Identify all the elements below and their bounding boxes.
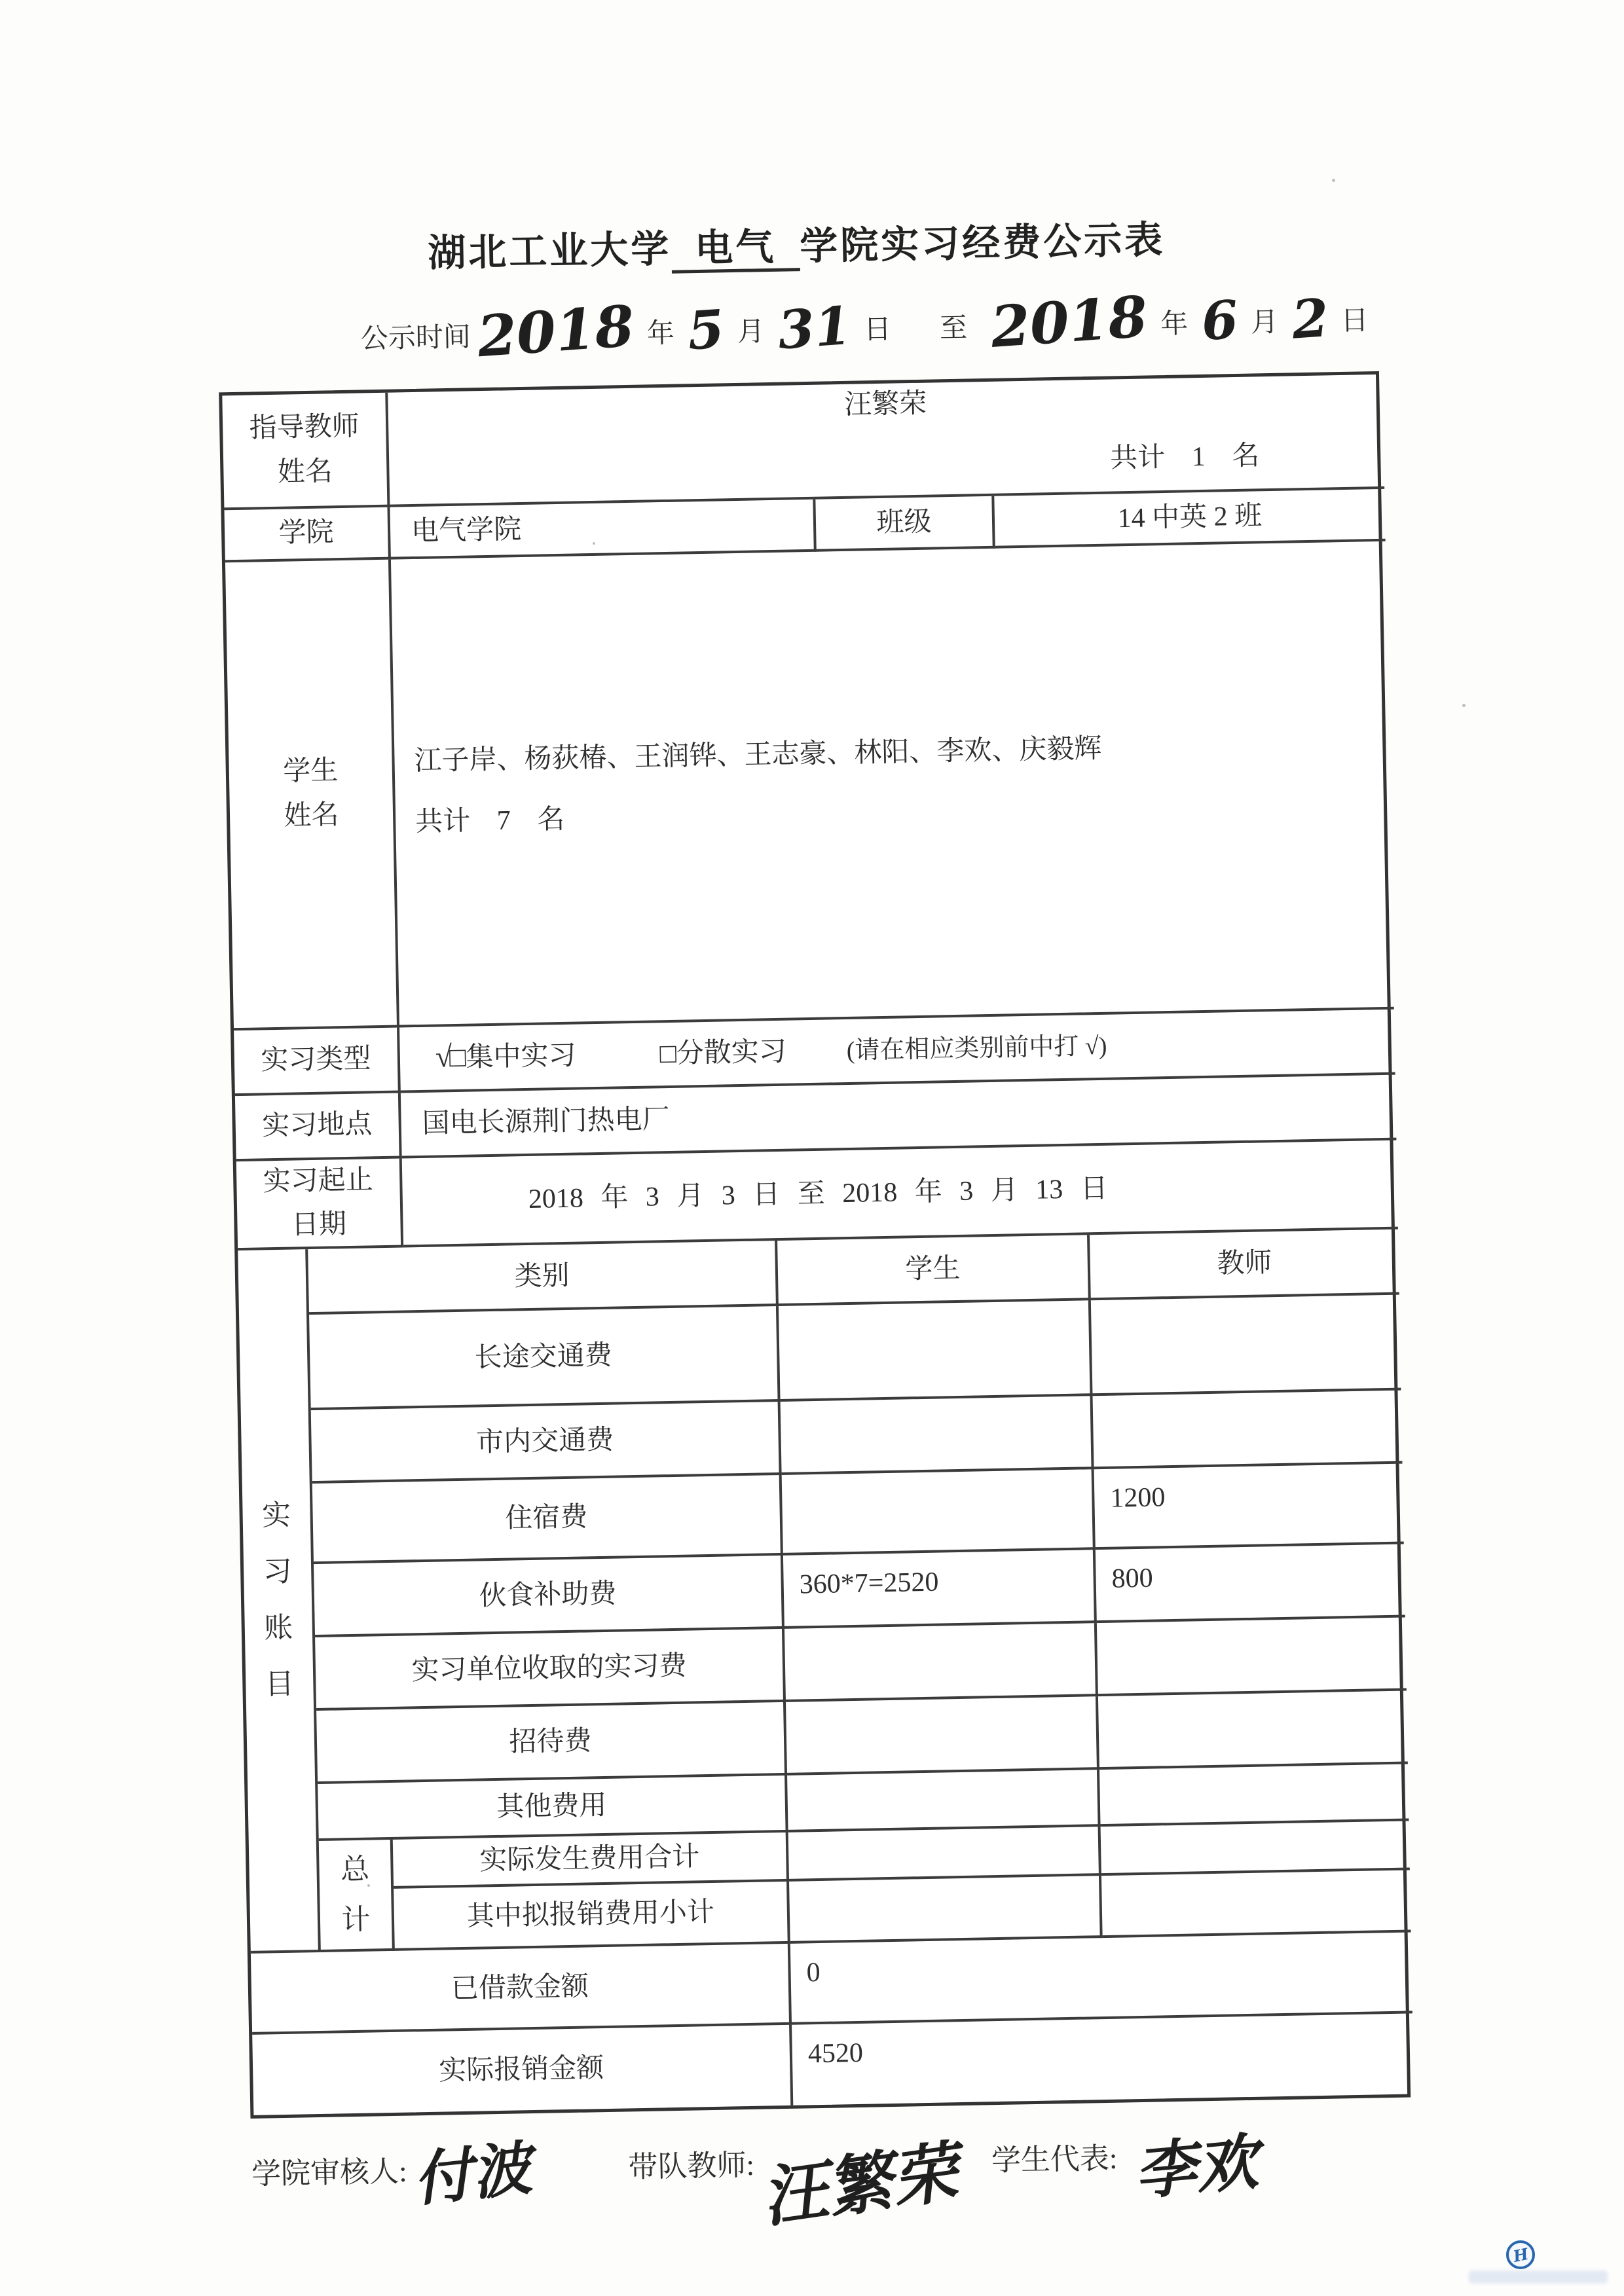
expense-student-value xyxy=(782,1469,1096,1556)
scan-speck xyxy=(593,542,595,545)
class-value: 14 中英 2 班 xyxy=(1117,496,1263,539)
title-prefix: 湖北工业大学 xyxy=(428,228,672,275)
type-label: 实习类型 xyxy=(261,1038,371,1084)
form-sheet: 湖北工业大学电气学院实习经费公示表 公示时间 2018 年 5 月 31 日 至… xyxy=(215,183,1412,2206)
header-teacher: 教师 xyxy=(1217,1243,1272,1285)
type-label-cell: 实习类型 xyxy=(234,1028,401,1097)
month-unit: 月 xyxy=(1250,301,1278,340)
expense-category: 招待费 xyxy=(316,1702,787,1784)
students-label-line2: 姓名 xyxy=(284,793,339,839)
students-label-cell: 学生 姓名 xyxy=(225,560,399,1031)
type-note: (请在相应类别前中打 √) xyxy=(846,1027,1107,1069)
class-label: 班级 xyxy=(876,501,932,544)
supervisor-label-line2: 姓名 xyxy=(277,450,333,495)
reimbursed-label-cell: 实际报销金额 xyxy=(252,2025,793,2115)
publicity-time-line: 公示时间 2018 年 5 月 31 日 至 2018 年 6 月 2 日 xyxy=(360,282,1379,373)
watermark-smudge xyxy=(1469,2270,1608,2284)
borrowed-value-cell: 0 xyxy=(790,1932,1412,2024)
header-category: 类别 xyxy=(514,1255,570,1298)
students-count: 共计 7 名 xyxy=(415,799,565,843)
handwritten-reviewer-signature: 付波 xyxy=(410,2139,533,2210)
handwritten-end-month: 6 xyxy=(1200,293,1240,348)
students-label-line1: 学生 xyxy=(283,749,339,794)
expense-category: 实习单位收取的实习费 xyxy=(315,1629,786,1711)
total-label-cell: 总计 xyxy=(319,1840,395,1952)
duration-label-line1: 实习起止 xyxy=(263,1158,373,1204)
university-seal-logo: H xyxy=(1506,2240,1535,2269)
scan-speck xyxy=(1462,704,1466,707)
expense-teacher-value xyxy=(1093,1391,1403,1470)
reviewer-label: 学院审核人: xyxy=(251,2138,407,2193)
total-student-value xyxy=(788,1827,1101,1882)
students-value-cell: 江子岸、杨荻椿、王润铧、王志豪、林阳、李欢、庆毅辉 共计 7 名 xyxy=(391,541,1394,1028)
expense-teacher-value: 800 xyxy=(1096,1544,1405,1624)
handwritten-start-month: 5 xyxy=(686,302,726,357)
location-label: 实习地点 xyxy=(262,1103,373,1149)
account-side-label: 实习账目 xyxy=(260,1487,296,1713)
student-rep-label: 学生代表: xyxy=(991,2125,1118,2179)
total-label: 总计 xyxy=(339,1844,372,1946)
seal-letter: H xyxy=(1511,2244,1530,2265)
header-student: 学生 xyxy=(905,1248,961,1290)
supervisor-label-line1: 指导教师 xyxy=(249,405,360,451)
expense-category: 其他费用 xyxy=(318,1776,788,1841)
handwritten-lead-teacher-signature: 汪繁荣 xyxy=(758,2138,961,2231)
total-category: 实际发生费用合计 xyxy=(393,1832,789,1889)
reimbursed-label: 实际报销金额 xyxy=(439,2048,604,2092)
total-teacher-value xyxy=(1101,1821,1410,1876)
scan-speck xyxy=(1332,179,1335,182)
class-label-cell: 班级 xyxy=(815,496,995,552)
scanned-form-page: { "form": { "title": { "prefix": "湖北工业大学… xyxy=(0,0,1624,2296)
handwritten-start-year: 2018 xyxy=(475,299,636,366)
expense-student-value xyxy=(787,1770,1101,1832)
month-unit: 月 xyxy=(737,310,765,350)
total-teacher-value xyxy=(1101,1870,1411,1938)
title-blank-college: 电气 xyxy=(671,225,800,274)
location-label-cell: 实习地点 xyxy=(235,1093,402,1162)
publicity-label: 公示时间 xyxy=(360,315,471,356)
year-unit: 年 xyxy=(1160,302,1189,342)
location-value: 国电长源荆门热电厂 xyxy=(422,1099,670,1144)
supervisor-label-cell: 指导教师 姓名 xyxy=(222,393,390,511)
title-suffix: 学院实习经费公示表 xyxy=(800,219,1166,268)
total-student-value xyxy=(789,1876,1103,1944)
page-title: 湖北工业大学电气学院实习经费公示表 xyxy=(216,205,1377,281)
supervisor-count: 共计 1 名 xyxy=(389,433,1384,492)
handwritten-end-year: 2018 xyxy=(989,289,1150,356)
expense-teacher-value xyxy=(1098,1691,1408,1770)
expense-category: 长途交通费 xyxy=(309,1306,781,1410)
handwritten-student-rep-signature: 李欢 xyxy=(1132,2131,1260,2203)
college-value-cell: 电气学院 xyxy=(390,500,816,560)
reimbursed-value-cell: 4520 xyxy=(792,2013,1414,2105)
signature-row: 学院审核人: 付波 带队教师: 汪繁荣 学生代表: 李欢 xyxy=(251,2119,1412,2206)
account-side-label-cell: 实习账目 xyxy=(238,1249,321,1954)
expense-teacher-value xyxy=(1091,1295,1401,1396)
handwritten-end-day: 2 xyxy=(1290,291,1330,346)
total-category: 其中拟报销费用小计 xyxy=(394,1882,790,1951)
year-unit: 年 xyxy=(646,312,674,352)
check-mark: √ xyxy=(435,1034,452,1079)
header-student-cell: 学生 xyxy=(777,1235,1091,1306)
summary-section: 已借款金额 0 实际报销金额 4520 xyxy=(251,1933,1407,2115)
duration-label-cell: 实习起止 日期 xyxy=(236,1158,403,1250)
duration-label-line2: 日期 xyxy=(291,1203,346,1248)
lead-teacher-label: 带队教师: xyxy=(628,2132,755,2186)
expense-student-value: 360*7=2520 xyxy=(783,1550,1097,1629)
day-unit: 日 xyxy=(863,308,891,348)
handwritten-start-day: 31 xyxy=(776,299,853,357)
type-option-concentrated: □集中实习 xyxy=(449,1035,576,1079)
college-value: 电气学院 xyxy=(411,509,522,552)
expense-student-value xyxy=(779,1300,1093,1402)
expense-student-value xyxy=(781,1396,1094,1475)
expense-teacher-value xyxy=(1099,1764,1409,1827)
borrowed-label-cell: 已借款金额 xyxy=(251,1944,792,2035)
header-category-cell: 类别 xyxy=(308,1241,779,1315)
account-section: 实习账目 类别 学生 教师 长途交通费 市内交通费 住宿费 1200 伙食补助费… xyxy=(238,1230,1404,1954)
college-label-cell: 学院 xyxy=(224,507,390,563)
header-teacher-cell: 教师 xyxy=(1090,1230,1399,1301)
borrowed-label: 已借款金额 xyxy=(451,1966,589,2010)
class-value-cell: 14 中英 2 班 xyxy=(994,489,1385,549)
form-table: 指导教师 姓名 汪繁荣 共计 1 名 学院 电气学院 班级 14 中英 2 班 … xyxy=(219,371,1411,2119)
scan-speck xyxy=(367,1884,370,1887)
day-unit: 日 xyxy=(1340,299,1369,338)
duration-value: 2018 年 3 月 3 日 至 2018 年 3 月 13 日 xyxy=(528,1168,1108,1220)
expense-category: 住宿费 xyxy=(312,1475,783,1564)
to-label: 至 xyxy=(939,306,967,346)
expense-category: 市内交通费 xyxy=(311,1402,782,1484)
expense-teacher-value xyxy=(1097,1618,1407,1697)
supervisor-value-cell: 汪繁荣 共计 1 名 xyxy=(388,374,1384,507)
scan-speck xyxy=(804,244,807,246)
student-names: 江子岸、杨荻椿、王润铧、王志豪、林阳、李欢、庆毅辉 xyxy=(414,728,1102,782)
type-option-dispersed: □分散实习 xyxy=(659,1031,786,1075)
expense-category: 伙食补助费 xyxy=(314,1556,784,1637)
info-section: 指导教师 姓名 汪繁荣 共计 1 名 学院 电气学院 班级 14 中英 2 班 … xyxy=(222,374,1392,1250)
expense-student-value xyxy=(784,1623,1098,1702)
college-label: 学院 xyxy=(278,511,334,556)
supervisor-name: 汪繁荣 xyxy=(388,374,1383,434)
expense-teacher-value: 1200 xyxy=(1094,1464,1404,1550)
expense-student-value xyxy=(786,1696,1099,1776)
